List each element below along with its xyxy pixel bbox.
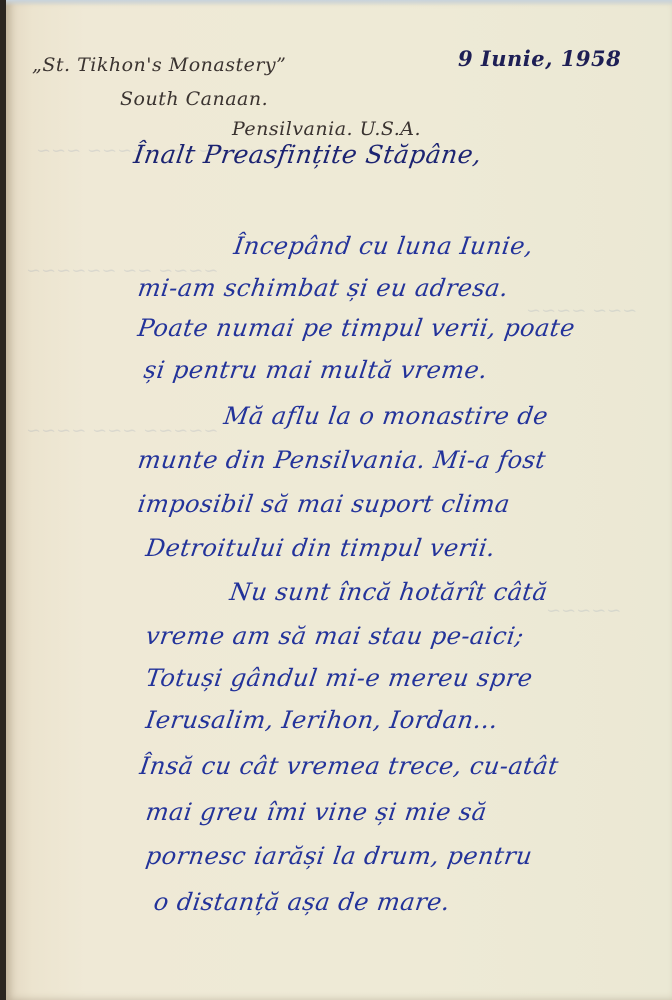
body-line: Poate numai pe timpul verii, poate bbox=[136, 314, 577, 342]
body-line: mi-am schimbat și eu adresa. bbox=[136, 274, 510, 302]
body-line: munte din Pensilvania. Mi-a fost bbox=[136, 446, 548, 474]
body-line: Începând cu luna Iunie, bbox=[232, 232, 535, 260]
body-line: pornesc iarăși la drum, pentru bbox=[144, 842, 534, 870]
salutation: Înalt Preasfințite Stăpâne, bbox=[132, 140, 484, 169]
body-line: imposibil să mai suport clima bbox=[136, 490, 512, 518]
body-line: Mă aflu la o monastire de bbox=[222, 402, 550, 430]
body-line: și pentru mai multă vreme. bbox=[142, 356, 489, 384]
body-line: Însă cu cât vremea trece, cu-atât bbox=[138, 752, 560, 780]
body-line: vreme am să mai stau pe-aici; bbox=[144, 622, 526, 650]
address-line-town: South Canaan. bbox=[120, 88, 268, 110]
body-line: Ierusalim, Ierihon, Iordan... bbox=[144, 706, 500, 734]
letter-page: ~~~ ~~~~ ~~~~~ ~~~ ~~~~ ~~ ~~~~~~ ~~~~~ … bbox=[6, 0, 672, 1000]
bleed-through-text: ~~~~~ ~~~ ~~~~ bbox=[26, 420, 218, 441]
body-line: Detroitului din timpul verii. bbox=[144, 534, 497, 562]
body-line: o distanță așa de mare. bbox=[152, 888, 452, 916]
address-line-monastery: „St. Tikhon's Monastery” bbox=[32, 54, 286, 76]
body-line: Nu sunt încă hotărît câtă bbox=[228, 578, 550, 606]
body-line: Totuși gândul mi-e mereu spre bbox=[144, 664, 534, 692]
body-line: mai greu îmi vine și mie să bbox=[144, 798, 489, 826]
letter-date: 9 Iunie, 1958 bbox=[458, 46, 621, 71]
bleed-through-text: ~~~~~ bbox=[546, 600, 621, 621]
address-line-state: Pensilvania. U.S.A. bbox=[232, 118, 421, 140]
